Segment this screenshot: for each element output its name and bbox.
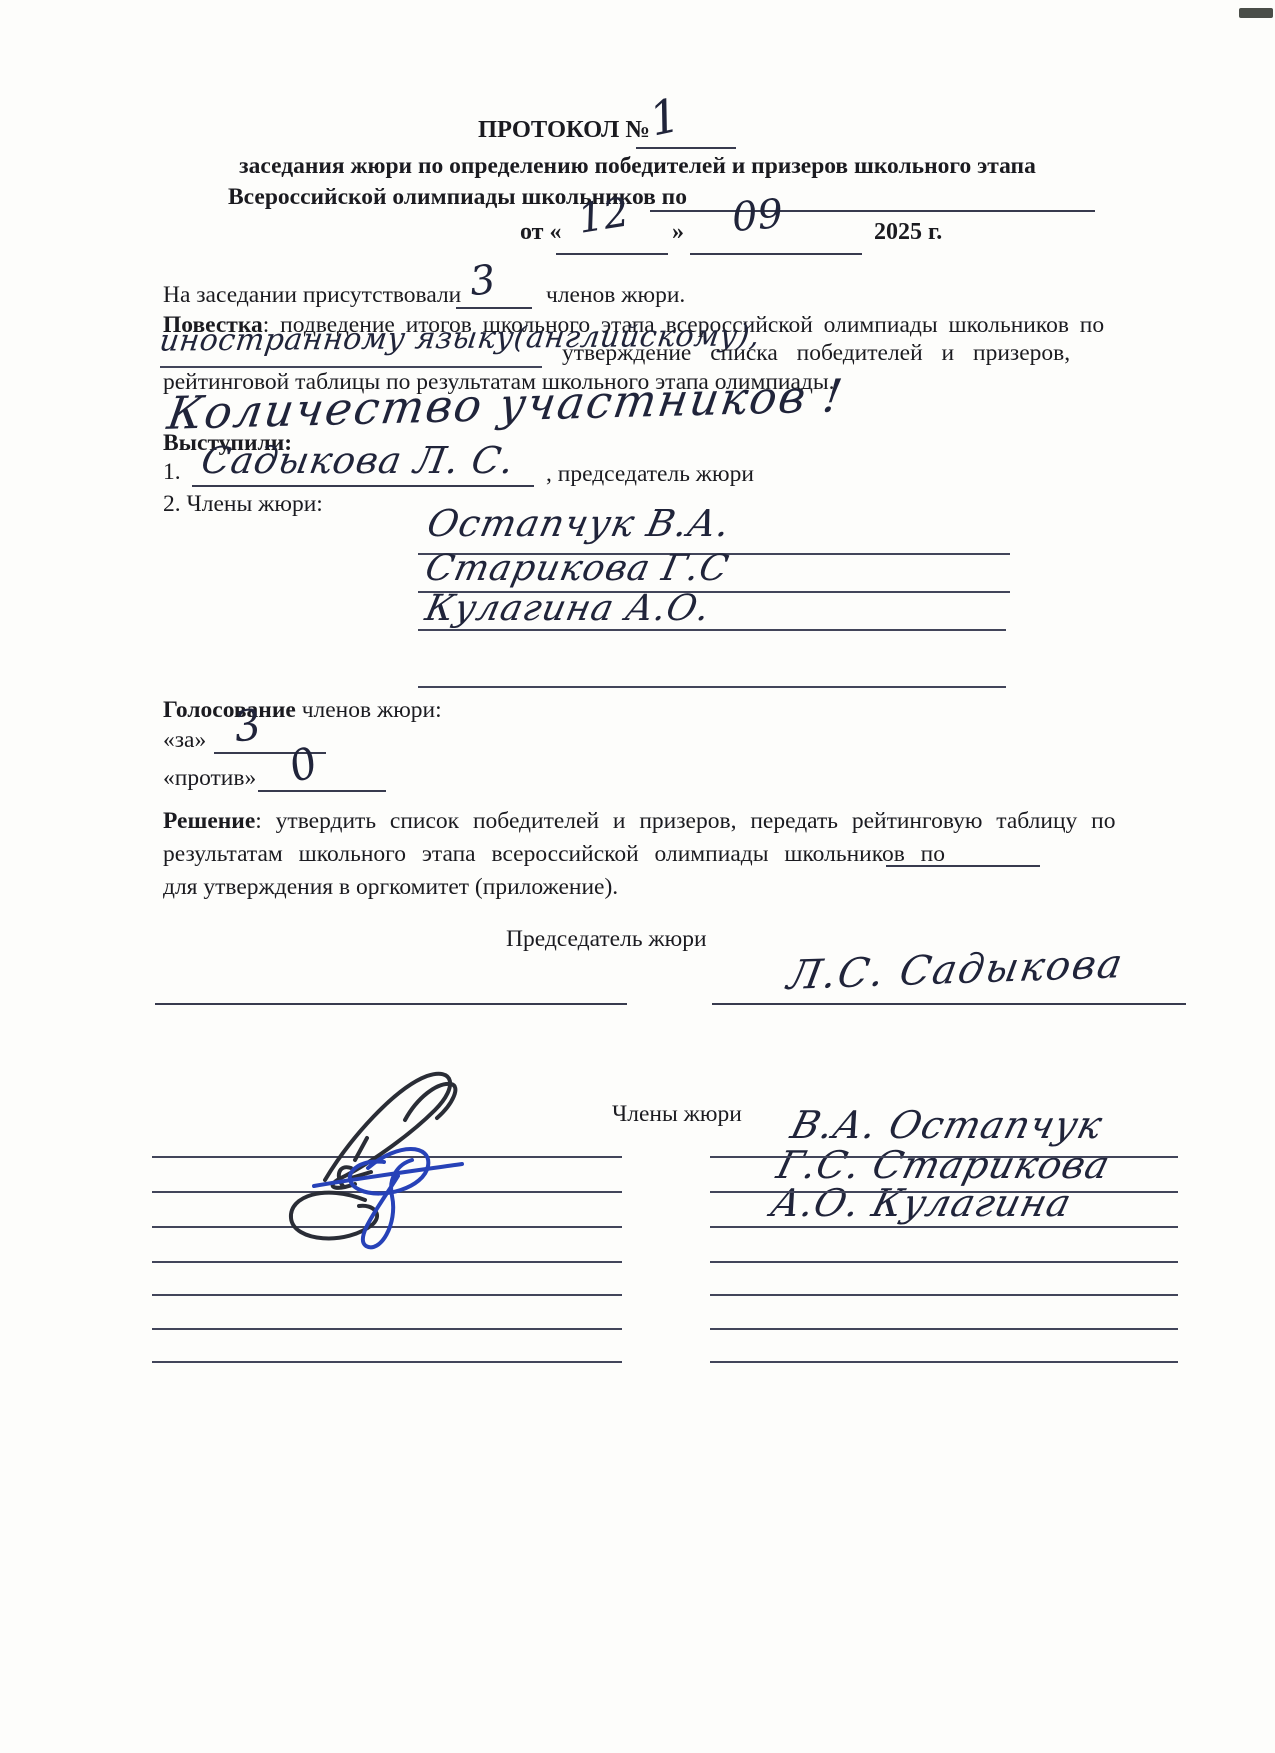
speaker2-label: 2. Члены жюри:: [163, 491, 323, 518]
decision-label: Решение: [163, 808, 255, 834]
jury-member-name-handwritten: Старикова Г.С: [422, 551, 732, 587]
jury-member-line: [418, 629, 1006, 631]
header-line2: заседания жюри по определению победителе…: [0, 153, 1275, 180]
date-month-handwritten: 09: [730, 194, 784, 238]
scanned-protocol-page: ПРОТОКОЛ № 1 заседания жюри по определен…: [0, 0, 1275, 1753]
subject-blank-line: [650, 210, 1095, 212]
signature-line: [710, 1156, 1178, 1158]
protocol-number-handwritten: 1: [646, 91, 684, 142]
date-year: 2025 г.: [874, 219, 942, 246]
signature-line: [710, 1294, 1178, 1296]
vote-against-line: [258, 790, 386, 792]
vote-against-count-handwritten: 0: [284, 741, 322, 789]
date-day-handwritten: 12: [575, 192, 632, 239]
signature-line: [710, 1226, 1178, 1228]
signature-line: [710, 1361, 1178, 1363]
chairman-signature-handwritten: Л.С. Садыкова: [785, 944, 1128, 996]
signature-line: [152, 1361, 622, 1363]
attendance-line: [456, 307, 532, 309]
attendance-prefix: На заседании присутствовали: [163, 282, 461, 309]
decision-blank-line: [886, 865, 1040, 867]
vote-for-count-handwritten: 3: [231, 703, 263, 748]
members-label: Члены жюри: [612, 1101, 742, 1128]
scanner-artifact-mark: [1239, 8, 1273, 18]
speaker1-name-handwritten: Садыкова Л. С.: [199, 442, 518, 479]
attendance-count-handwritten: 3: [468, 260, 497, 302]
date-month-line: [690, 253, 862, 255]
speaker1-role: , председатель жюри: [546, 461, 754, 488]
decision-line3: для утверждения в оргкомитет (приложение…: [163, 874, 618, 901]
date-prefix: от «: [520, 219, 561, 246]
agenda-subject-line: [160, 366, 542, 368]
member-signature-handwritten: Г.С. Старикова: [773, 1146, 1114, 1184]
signature-line: [710, 1261, 1178, 1263]
protocol-title: ПРОТОКОЛ №: [478, 116, 650, 144]
decision-text1: : утвердить список победителей и призеро…: [255, 808, 1115, 834]
signature-line: [152, 1294, 622, 1296]
speaker1-number: 1.: [163, 459, 181, 486]
signature-line: [712, 1003, 1186, 1005]
decision-line2: результатам школьного этапа всероссийско…: [163, 841, 945, 868]
voting-heading: Голосование членов жюри:: [163, 697, 442, 724]
signature-line: [710, 1191, 1178, 1193]
member-signature-handwritten: А.О. Кулагина: [767, 1184, 1075, 1222]
vote-against-label: «против»: [163, 765, 256, 792]
jury-member-line: [418, 686, 1006, 688]
member-signature-handwritten: В.А. Остапчук: [787, 1106, 1106, 1144]
jury-member-name-handwritten: Кулагина А.О.: [422, 591, 713, 627]
agenda-text2: утверждение списка победителей и призеро…: [562, 340, 1070, 367]
voting-suffix: членов жюри:: [296, 697, 442, 723]
protocol-number-line: [636, 147, 736, 149]
signature-line: [155, 1003, 627, 1005]
signature-line: [710, 1328, 1178, 1330]
date-quote-close: »: [672, 219, 684, 246]
speaker1-line: [192, 485, 534, 487]
vote-for-label: «за»: [163, 727, 206, 754]
signature-line: [152, 1261, 622, 1263]
signature-line: [152, 1328, 622, 1330]
signature-scribble-blue: [270, 1120, 490, 1260]
chairman-label: Председатель жюри: [506, 926, 707, 953]
date-day-line: [556, 253, 668, 255]
decision-line1: Решение: утвердить список победителей и …: [163, 808, 1115, 835]
voting-label: Голосование: [163, 697, 296, 723]
jury-member-name-handwritten: Остапчук В.А.: [424, 505, 734, 542]
attendance-suffix: членов жюри.: [546, 282, 685, 309]
